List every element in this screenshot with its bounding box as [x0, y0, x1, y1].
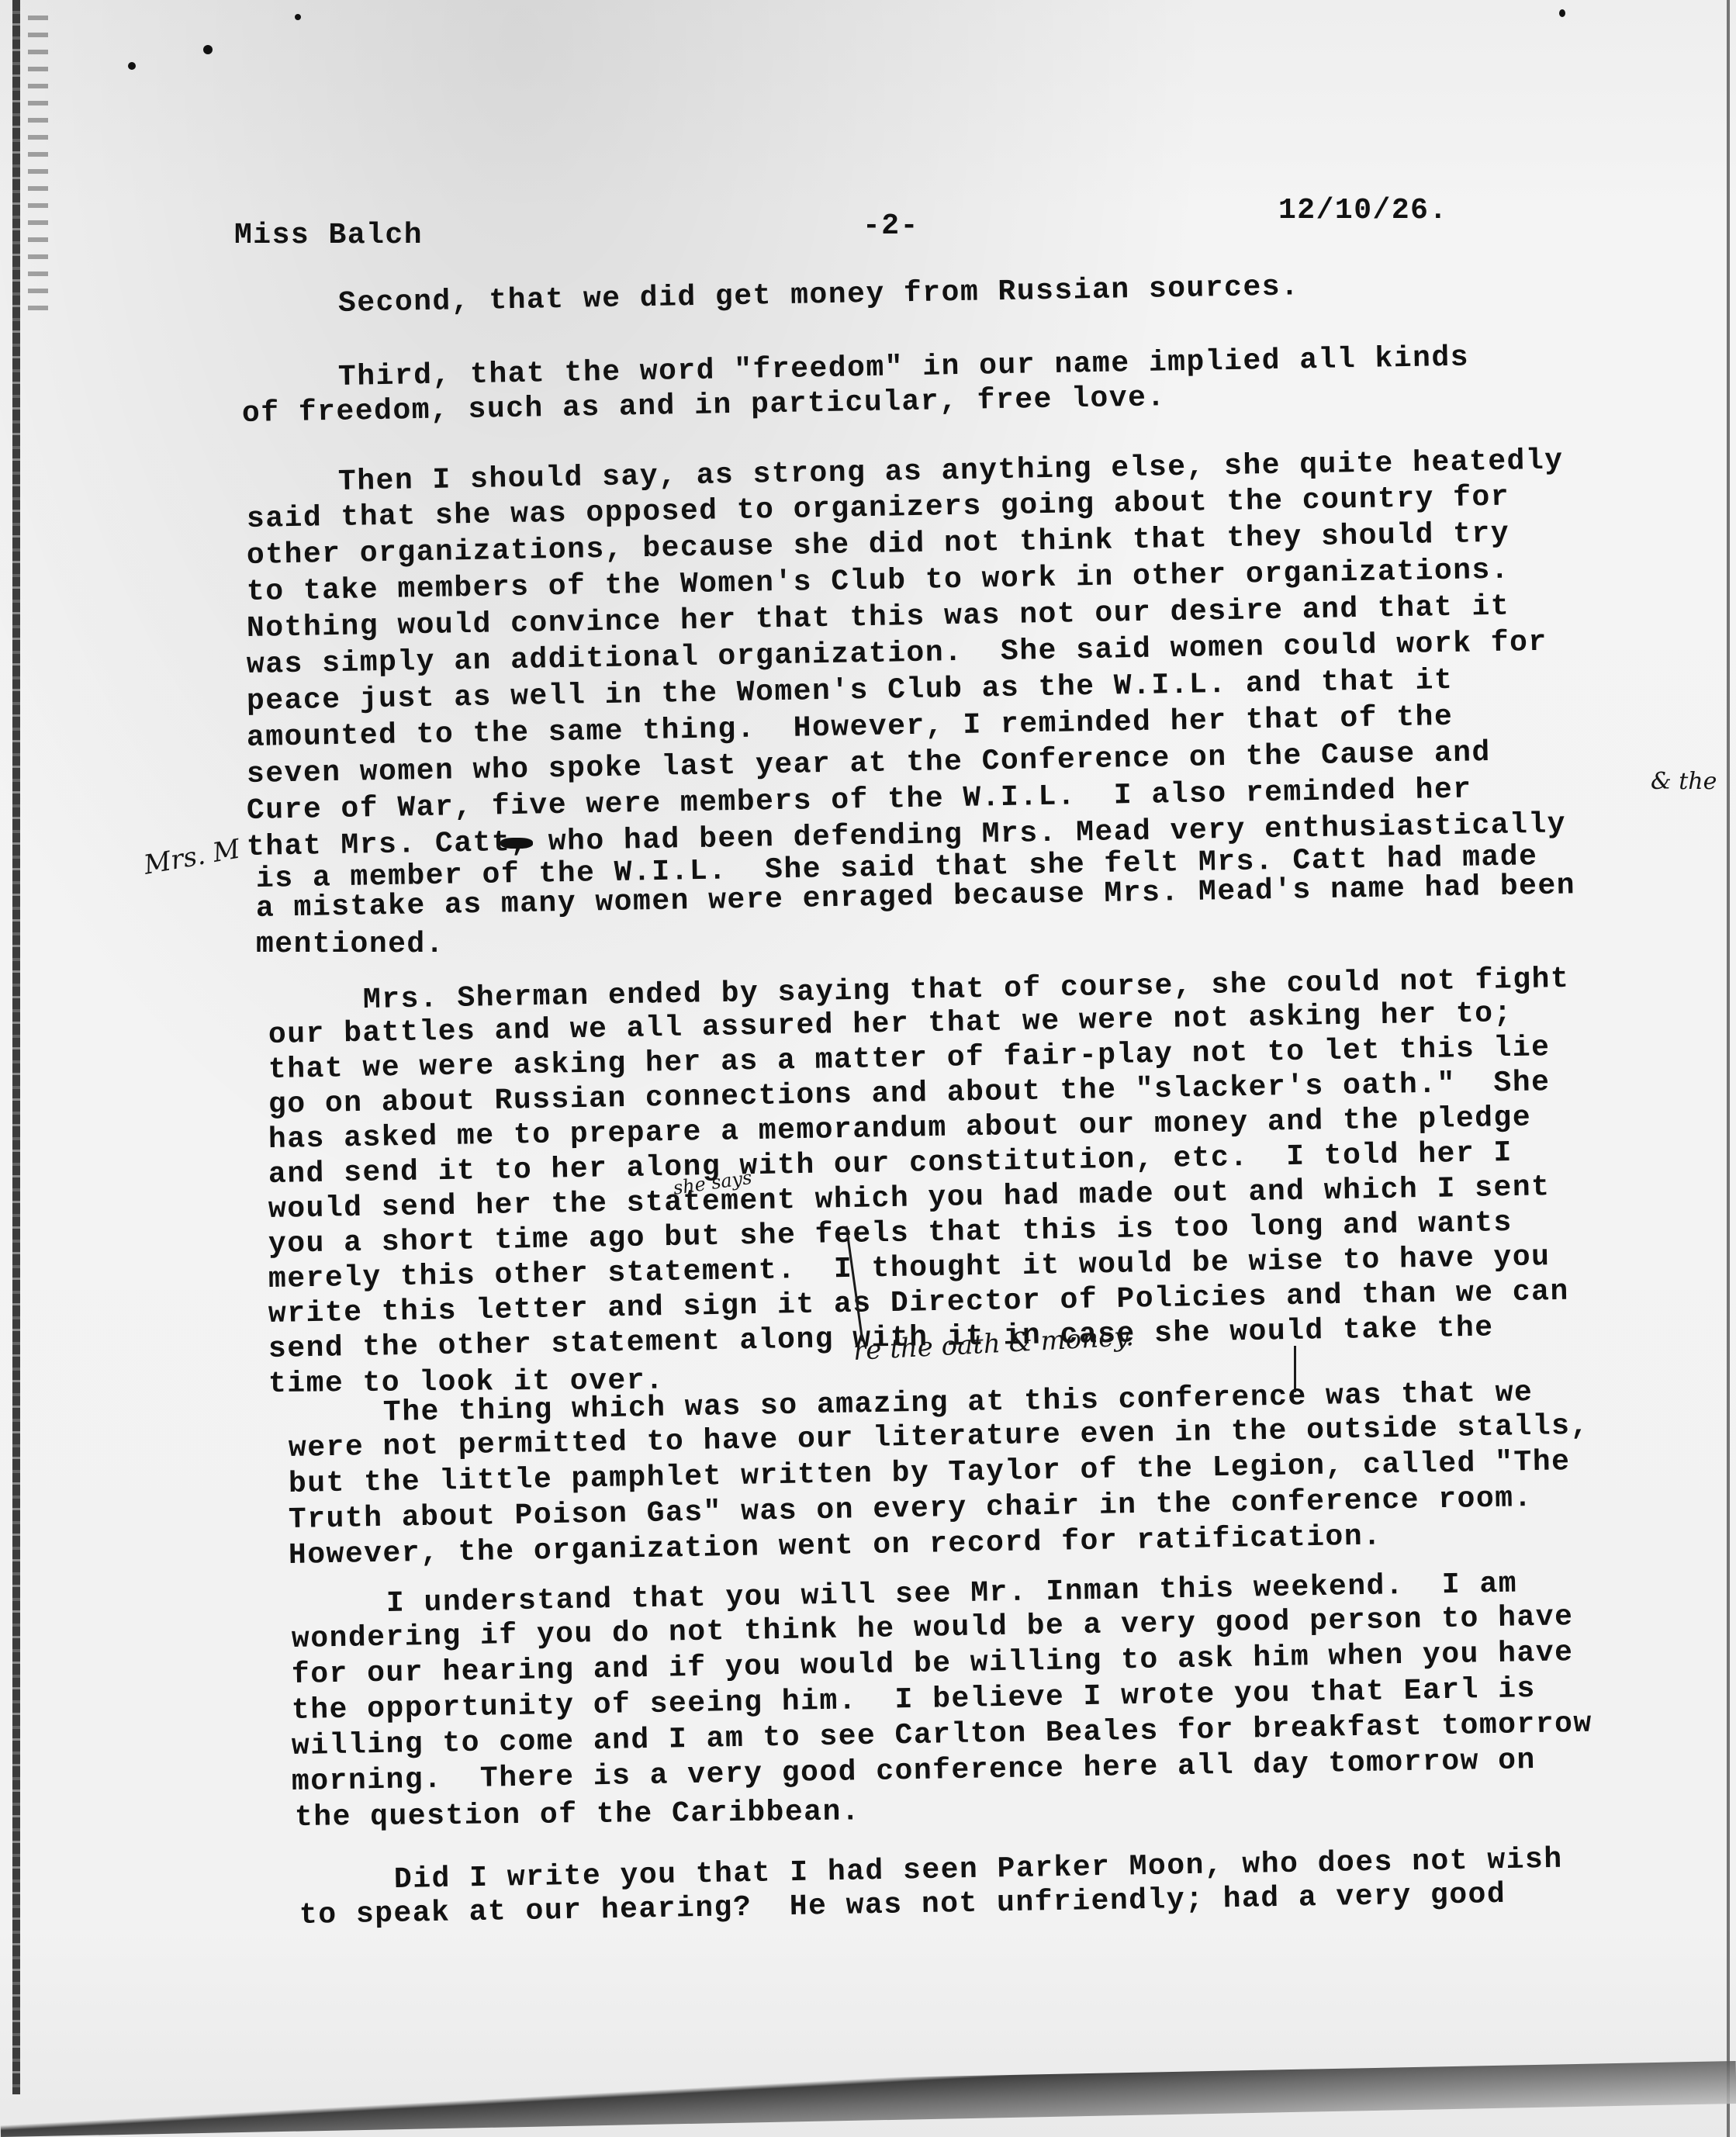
paragraph-line: Second, that we did get money from Russi… — [338, 270, 1300, 320]
ink-speck — [203, 45, 213, 54]
paragraph-line: mentioned. — [256, 928, 444, 961]
paragraph-line: the question of the Caribbean. — [295, 1795, 861, 1834]
ink-speck — [295, 14, 301, 20]
ink-speck — [128, 62, 136, 70]
handwritten-insert: & the — [1651, 768, 1717, 795]
left-margin-border — [12, 0, 20, 2094]
right-page-edge — [1727, 0, 1730, 2137]
strikeout-mark — [500, 838, 533, 849]
ink-speck — [1559, 9, 1565, 17]
page-number: -2- — [863, 209, 919, 243]
scanned-letter-page: Miss Balch -2- 12/10/26. Second, that we… — [0, 0, 1736, 2137]
handwritten-margin-note: Mrs. M — [142, 834, 243, 881]
bottom-page-edge — [0, 2061, 1736, 2137]
recipient-line: Miss Balch — [234, 219, 423, 252]
letter-date: 12/10/26. — [1278, 194, 1448, 227]
left-margin-speckle — [28, 16, 48, 310]
